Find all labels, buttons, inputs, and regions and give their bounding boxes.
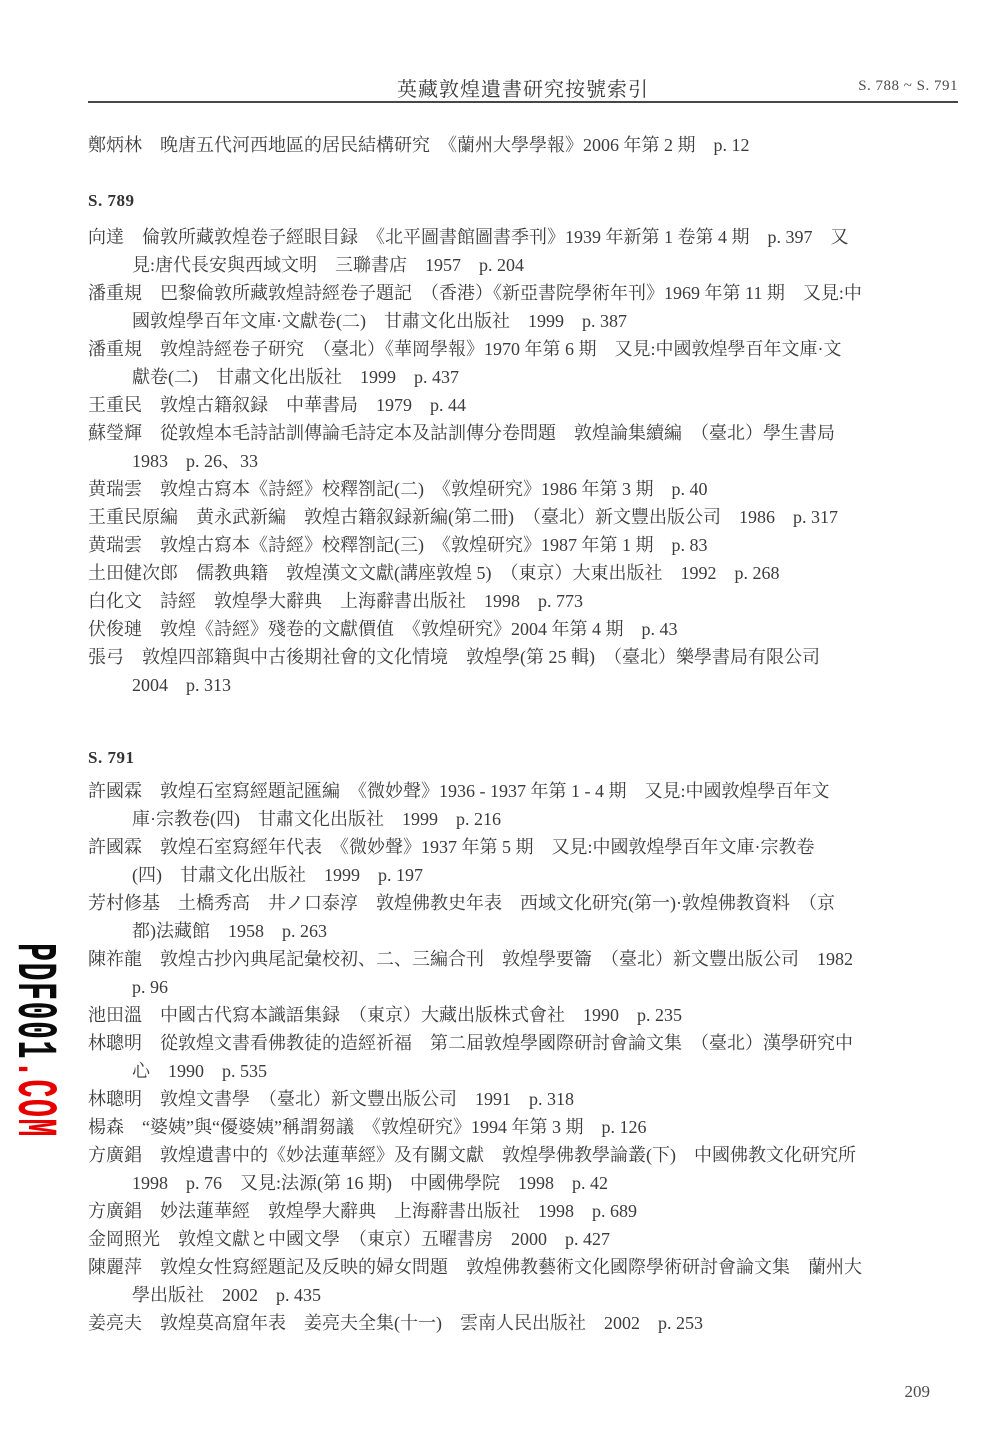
- bibliography-entry: 陳麗萍 敦煌女性寫經題記及反映的婦女問題 敦煌佛教藝術文化國際學術研討會論文集 …: [88, 1253, 968, 1309]
- entry-line: 黄瑞雲 敦煌古寫本《詩經》校釋劄記(三) 《敦煌研究》1987 年第 1 期 p…: [88, 531, 968, 559]
- bibliography-entry: 楊森 “婆姨”與“優婆姨”稱謂芻議 《敦煌研究》1994 年第 3 期 p. 1…: [88, 1113, 968, 1141]
- entry-line: 林聰明 敦煌文書學 （臺北）新文豐出版公司 1991 p. 318: [88, 1085, 968, 1113]
- entry-line: 方廣錩 敦煌遺書中的《妙法蓮華經》及有關文獻 敦煌學佛教學論叢(下) 中國佛教文…: [88, 1141, 968, 1169]
- bibliography-entry: 潘重規 敦煌詩經卷子研究 （臺北）《華岡學報》1970 年第 6 期 又見:中國…: [88, 335, 968, 391]
- entry-line: 陳麗萍 敦煌女性寫經題記及反映的婦女問題 敦煌佛教藝術文化國際學術研討會論文集 …: [88, 1253, 968, 1281]
- entry-line: 潘重規 敦煌詩經卷子研究 （臺北）《華岡學報》1970 年第 6 期 又見:中國…: [88, 335, 968, 363]
- watermark-site-tld: .COM: [0, 1060, 65, 1138]
- bibliography-entry: 黄瑞雲 敦煌古寫本《詩經》校釋劄記(三) 《敦煌研究》1987 年第 1 期 p…: [88, 531, 968, 559]
- entry-line: 獻卷(二) 甘肅文化出版社 1999 p. 437: [88, 363, 968, 391]
- entry-line: 芳村修基 土橋秀高 井ノ口泰淳 敦煌佛教史年表 西域文化研究(第一)·敦煌佛教資…: [88, 889, 968, 917]
- entry-line: 伏俊璉 敦煌《詩經》殘卷的文獻價值 《敦煌研究》2004 年第 4 期 p. 4…: [88, 615, 968, 643]
- bibliography-entry: 白化文 詩經 敦煌學大辭典 上海辭書出版社 1998 p. 773: [88, 587, 968, 615]
- bibliography-entry: 林聰明 從敦煌文書看佛教徒的造經祈福 第二届敦煌學國際研討會論文集 （臺北）漢學…: [88, 1029, 968, 1085]
- bibliography-entry: 鄭炳林 晚唐五代河西地區的居民結構研究 《蘭州大學學報》2006 年第 2 期 …: [88, 131, 968, 159]
- entry-line: 2004 p. 313: [88, 671, 968, 699]
- bibliography-entry: 芳村修基 土橋秀高 井ノ口泰淳 敦煌佛教史年表 西域文化研究(第一)·敦煌佛教資…: [88, 889, 968, 945]
- entry-line: 學出版社 2002 p. 435: [88, 1281, 968, 1309]
- entry-line: 王重民 敦煌古籍叙録 中華書局 1979 p. 44: [88, 391, 968, 419]
- entry-line: 楊森 “婆姨”與“優婆姨”稱謂芻議 《敦煌研究》1994 年第 3 期 p. 1…: [88, 1113, 968, 1141]
- page-number: 209: [88, 1382, 930, 1402]
- entry-line: 黄瑞雲 敦煌古寫本《詩經》校釋劄記(二) 《敦煌研究》1986 年第 3 期 p…: [88, 475, 968, 503]
- page-title: 英藏敦煌遺書研究按號索引: [88, 73, 958, 102]
- entry-line: 蘇瑩輝 從敦煌本毛詩詁訓傳論毛詩定本及詁訓傳分卷問題 敦煌論集續編 （臺北）學生…: [88, 419, 968, 447]
- entry-line: 1998 p. 76 又見:法源(第 16 期) 中國佛學院 1998 p. 4…: [88, 1169, 968, 1197]
- bibliography-entry: 潘重規 巴黎倫敦所藏敦煌詩經卷子題記 （香港）《新亞書院學術年刊》1969 年第…: [88, 279, 968, 335]
- bibliography-entry: 許國霖 敦煌石室寫經題記匯編 《微妙聲》1936 - 1937 年第 1 - 4…: [88, 777, 968, 833]
- bibliography: 鄭炳林 晚唐五代河西地區的居民結構研究 《蘭州大學學報》2006 年第 2 期 …: [88, 131, 968, 1337]
- entry-line: 池田溫 中國古代寫本識語集録 （東京）大藏出版株式會社 1990 p. 235: [88, 1001, 968, 1029]
- entry-line: 金岡照光 敦煌文獻と中國文學 （東京）五曜書房 2000 p. 427: [88, 1225, 968, 1253]
- bibliography-entry: 蘇瑩輝 從敦煌本毛詩詁訓傳論毛詩定本及詁訓傳分卷問題 敦煌論集續編 （臺北）學生…: [88, 419, 968, 475]
- entry-line: 姜亮夫 敦煌莫高窟年表 姜亮夫全集(十一) 雲南人民出版社 2002 p. 25…: [88, 1309, 968, 1337]
- header-catalog-range: S. 788 ~ S. 791: [858, 78, 958, 95]
- bibliography-entry: 黄瑞雲 敦煌古寫本《詩經》校釋劄記(二) 《敦煌研究》1986 年第 3 期 p…: [88, 475, 968, 503]
- bibliography-entry: 王重民 敦煌古籍叙録 中華書局 1979 p. 44: [88, 391, 968, 419]
- entry-line: 陳祚龍 敦煌古抄內典尾記彙校初、二、三編合刊 敦煌學要籥 （臺北）新文豐出版公司…: [88, 945, 968, 973]
- bibliography-entry: 土田健次郎 儒教典籍 敦煌漢文文獻(講座敦煌 5) （東京）大東出版社 1992…: [88, 559, 968, 587]
- bibliography-entry: 池田溫 中國古代寫本識語集録 （東京）大藏出版株式會社 1990 p. 235: [88, 1001, 968, 1029]
- bibliography-entry: 張弓 敦煌四部籍與中古後期社會的文化情境 敦煌學(第 25 輯) （臺北）樂學書…: [88, 643, 968, 699]
- entry-line: 都)法藏館 1958 p. 263: [88, 917, 968, 945]
- entry-line: 心 1990 p. 535: [88, 1057, 968, 1085]
- entry-line: (四) 甘肅文化出版社 1999 p. 197: [88, 861, 968, 889]
- entry-line: 庫·宗教卷(四) 甘肅文化出版社 1999 p. 216: [88, 805, 968, 833]
- entry-line: 林聰明 從敦煌文書看佛教徒的造經祈福 第二届敦煌學國際研討會論文集 （臺北）漢學…: [88, 1029, 968, 1057]
- section-791: S. 791許國霖 敦煌石室寫經題記匯編 《微妙聲》1936 - 1937 年第…: [88, 744, 968, 1337]
- entry-line: 土田健次郎 儒教典籍 敦煌漢文文獻(講座敦煌 5) （東京）大東出版社 1992…: [88, 559, 968, 587]
- bibliography-entry: 方廣錩 敦煌遺書中的《妙法蓮華經》及有關文獻 敦煌學佛教學論叢(下) 中國佛教文…: [88, 1141, 968, 1197]
- section-continued: 鄭炳林 晚唐五代河西地區的居民結構研究 《蘭州大學學報》2006 年第 2 期 …: [88, 131, 968, 159]
- bibliography-entry: 伏俊璉 敦煌《詩經》殘卷的文獻價值 《敦煌研究》2004 年第 4 期 p. 4…: [88, 615, 968, 643]
- header-divider: [88, 101, 958, 103]
- entry-line: 向達 倫敦所藏敦煌卷子經眼目録 《北平圖書館圖書季刊》1939 年新第 1 卷第…: [88, 223, 968, 251]
- entry-line: 潘重規 巴黎倫敦所藏敦煌詩經卷子題記 （香港）《新亞書院學術年刊》1969 年第…: [88, 279, 968, 307]
- entry-line: p. 96: [88, 973, 968, 1001]
- bibliography-entry: 方廣錩 妙法蓮華經 敦煌學大辭典 上海辭書出版社 1998 p. 689: [88, 1197, 968, 1225]
- section-heading: S. 789: [88, 187, 968, 215]
- entry-line: 1983 p. 26、33: [88, 447, 968, 475]
- scanned-document-page: 英藏敦煌遺書研究按號索引 S. 788 ~ S. 791 鄭炳林 晚唐五代河西地…: [0, 0, 1000, 1435]
- entry-line: 許國霖 敦煌石室寫經題記匯編 《微妙聲》1936 - 1937 年第 1 - 4…: [88, 777, 968, 805]
- bibliography-entry: 姜亮夫 敦煌莫高窟年表 姜亮夫全集(十一) 雲南人民出版社 2002 p. 25…: [88, 1309, 968, 1337]
- entry-line: 國敦煌學百年文庫·文獻卷(二) 甘肅文化出版社 1999 p. 387: [88, 307, 968, 335]
- entry-line: 白化文 詩經 敦煌學大辭典 上海辭書出版社 1998 p. 773: [88, 587, 968, 615]
- bibliography-entry: 向達 倫敦所藏敦煌卷子經眼目録 《北平圖書館圖書季刊》1939 年新第 1 卷第…: [88, 223, 968, 279]
- bibliography-entry: 金岡照光 敦煌文獻と中國文學 （東京）五曜書房 2000 p. 427: [88, 1225, 968, 1253]
- entry-line: 見:唐代長安與西域文明 三聯書店 1957 p. 204: [88, 251, 968, 279]
- bibliography-entry: 王重民原編 黄永武新編 敦煌古籍叙録新編(第二冊) （臺北）新文豐出版公司 19…: [88, 503, 968, 531]
- entry-line: 王重民原編 黄永武新編 敦煌古籍叙録新編(第二冊) （臺北）新文豐出版公司 19…: [88, 503, 968, 531]
- watermark-site-name: PDF001: [0, 943, 65, 1060]
- section-789: S. 789向達 倫敦所藏敦煌卷子經眼目録 《北平圖書館圖書季刊》1939 年新…: [88, 187, 968, 699]
- entry-line: 方廣錩 妙法蓮華經 敦煌學大辭典 上海辭書出版社 1998 p. 689: [88, 1197, 968, 1225]
- bibliography-entry: 林聰明 敦煌文書學 （臺北）新文豐出版公司 1991 p. 318: [88, 1085, 968, 1113]
- bibliography-entry: 許國霖 敦煌石室寫經年代表 《微妙聲》1937 年第 5 期 又見:中國敦煌學百…: [88, 833, 968, 889]
- entry-line: 張弓 敦煌四部籍與中古後期社會的文化情境 敦煌學(第 25 輯) （臺北）樂學書…: [88, 643, 968, 671]
- bibliography-entry: 陳祚龍 敦煌古抄內典尾記彙校初、二、三編合刊 敦煌學要籥 （臺北）新文豐出版公司…: [88, 945, 968, 1001]
- entry-line: 鄭炳林 晚唐五代河西地區的居民結構研究 《蘭州大學學報》2006 年第 2 期 …: [88, 131, 968, 159]
- watermark: PDF001.COM: [8, 943, 57, 1138]
- entry-line: 許國霖 敦煌石室寫經年代表 《微妙聲》1937 年第 5 期 又見:中國敦煌學百…: [88, 833, 968, 861]
- section-heading: S. 791: [88, 744, 968, 772]
